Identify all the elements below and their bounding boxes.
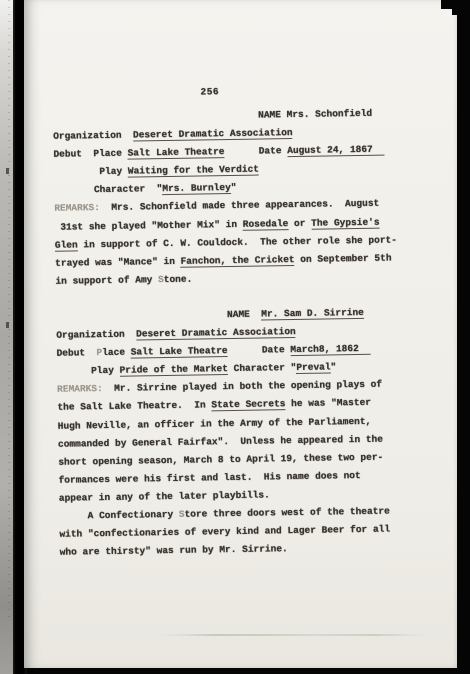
typewriter-text: Play	[91, 365, 114, 376]
typewriter-text: with "confectionaries of every kind and …	[59, 524, 390, 540]
typewriter-text: Date	[259, 145, 282, 156]
typewriter-text	[121, 130, 133, 141]
typewriter-text: or	[288, 217, 311, 228]
typewriter-text: Mrs. Schonfield made three appearances. …	[100, 198, 379, 213]
typewriter-text: trayed was "Mance" in	[55, 256, 181, 269]
underlined-text: Waiting for the Verdict	[128, 164, 259, 178]
typewriter-text: Date	[262, 344, 285, 355]
underlined-text: Fanchon, the Cricket	[180, 254, 294, 268]
typewriter-text: commanded by General Fairfax". Unless he…	[58, 433, 383, 449]
typewriter-text: who are thirsty" was run by Mr. Sirrine.	[60, 543, 288, 558]
typewriter-text	[145, 184, 157, 195]
document-page: 256 NAME Mrs. SchonfieldOrganization Des…	[24, 0, 457, 668]
typewriter-text: tore three doors west of the theatre	[184, 506, 389, 520]
typewriter-text: NAME	[227, 309, 250, 320]
underlined-text: Pride of the Market	[119, 363, 228, 377]
typewriter-text: A Confectionary	[88, 509, 179, 521]
typewriter-text: tone.	[164, 273, 193, 284]
faded-text: REMARKS:	[57, 383, 103, 395]
underlined-text: Preval	[296, 362, 330, 375]
remarks-line: who are thirsty" was run by Mr. Sirrine.	[60, 539, 391, 562]
typewriter-text: "	[231, 182, 237, 193]
underlined-text: March8, 1862	[290, 343, 370, 356]
typewriter-text	[85, 347, 97, 358]
underlined-text: The Gypsie's	[311, 216, 380, 229]
entry-sirrine: NAME Mr. Sam D. SirrineOrganization Dese…	[56, 304, 391, 562]
film-notch-spur	[452, 9, 470, 15]
page-number: 256	[200, 86, 219, 97]
underlined-text: Deseret Dramatic Association	[136, 326, 296, 341]
typewriter-text	[114, 365, 120, 376]
typewriter-text: Character	[234, 362, 285, 374]
underlined-text: Mrs. Burnley	[162, 182, 231, 195]
typewriter-text: 31st she played "Mother Mix" in	[60, 218, 243, 232]
typewriter-text: Organization	[56, 329, 125, 341]
typewriter-text: Character	[94, 184, 145, 196]
typewriter-text	[250, 309, 262, 320]
typewriter-text	[224, 146, 258, 158]
typewriter-text: short opening season, March 8 to April 1…	[58, 451, 383, 467]
typewriter-text: in support of C. W. Couldock. The other …	[78, 234, 397, 250]
underlined-text: State Secrets	[211, 399, 285, 412]
typewriter-text: formances were his first and last. His n…	[58, 470, 360, 486]
typewriter-text: Play	[99, 166, 122, 177]
typewriter-text: in support of Amy	[55, 274, 158, 287]
underlined-text: Salt Lake Theatre	[127, 146, 224, 160]
faded-text: REMARKS:	[54, 203, 100, 215]
typed-content: 256 NAME Mrs. SchonfieldOrganization Des…	[23, 0, 466, 674]
underlined-text: Mr. Sam D. Sirrine	[261, 307, 364, 321]
typewriter-text: on September 5th	[294, 252, 391, 265]
typewriter-text: the Salt Lake Theatre. In	[57, 400, 211, 413]
underlined-text: Rosedale	[243, 218, 289, 231]
typewriter-text	[82, 148, 94, 159]
typewriter-text: Mrs. Schonfield	[287, 108, 373, 120]
underlined-text: August 24, 1867	[287, 144, 384, 158]
typewriter-text: Debut	[53, 149, 82, 160]
typewriter-text: Hugh Neville, an officer in the Army of …	[58, 415, 372, 431]
entry-schonfield: NAME Mrs. SchonfieldOrganization Deseret…	[53, 104, 398, 290]
typewriter-text: "	[330, 362, 336, 373]
typewriter-text: Place	[93, 148, 122, 159]
typewriter-text: Debut	[56, 347, 85, 358]
paper-crease	[154, 634, 434, 636]
typewriter-text: Organization	[53, 130, 122, 142]
microfilm-scan: 256 NAME Mrs. SchonfieldOrganization Des…	[0, 0, 470, 674]
film-edge-mark	[6, 322, 9, 328]
underlined-text: Glen	[55, 239, 78, 251]
typewriter-text: NAME	[258, 109, 281, 120]
typewriter-text	[125, 329, 137, 340]
typewriter-text: he was "Master	[285, 397, 371, 409]
typewriter-text: Mr. Sirrine played in both the opening p…	[103, 379, 382, 394]
underlined-text: Salt Lake Theatre	[131, 345, 228, 359]
film-edge-mark	[6, 168, 9, 174]
typewriter-text	[228, 345, 262, 357]
typewriter-text: lace	[102, 347, 125, 358]
typewriter-text: appear in any of the later playbills.	[59, 489, 270, 503]
underlined-text: Deseret Dramatic Association	[133, 127, 293, 142]
film-notch	[441, 0, 470, 9]
